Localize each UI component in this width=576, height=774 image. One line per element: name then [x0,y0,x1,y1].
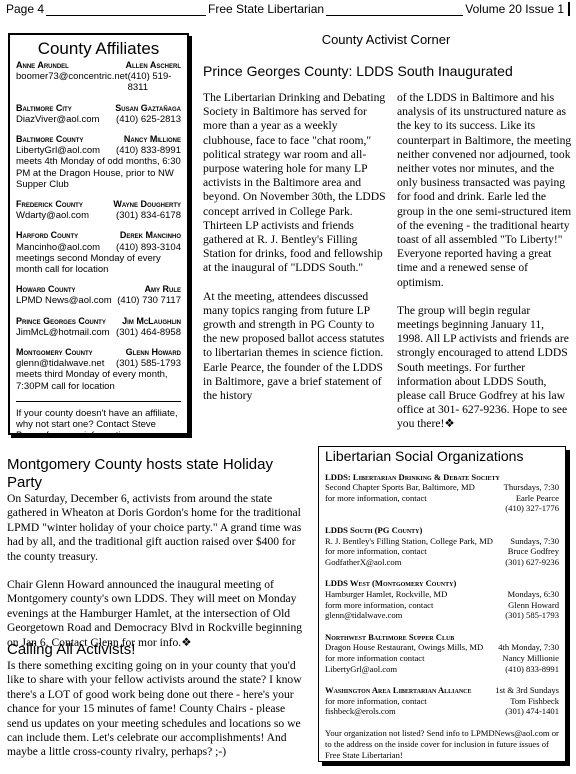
org-schedule: 4th Monday, 7:30 [498,642,559,653]
contact-name: Wayne Dougherty [113,199,181,210]
org-contact-name: Tom Fishbeck [510,696,559,707]
org-contact-name: Glenn Howard [508,600,559,611]
county-name: Baltimore City [16,103,72,114]
article-paragraph: The Libertarian Drinking and Debating So… [203,91,389,276]
contact-name: Nancy Millione [124,134,181,145]
contact-name: Glenn Howard [126,347,181,358]
county-affiliates-box: County Affiliates Anne ArundelAllen Asch… [8,33,189,435]
article-column-1: The Libertarian Drinking and Debating So… [203,91,389,417]
affiliates-footer: If your county doesn't have an affiliate… [16,401,181,442]
county-name: Baltimore County [16,134,83,145]
contact-email: DiazViver@aol.com [16,114,99,125]
contact-phone: (410) 730 7117 [117,295,181,306]
section-kicker: County Activist Corner [196,32,576,47]
social-footer: Your organization not listed? Send info … [325,728,559,761]
contact-name: Susan Gaztañaga [115,103,181,114]
org-phone: (301) 585-1793 [505,610,559,621]
org-entry: LDDS: Libertarian Drinking & Debate Soci… [325,472,559,514]
social-title: Libertarian Social Organizations [325,451,559,462]
county-name: Anne Arundel [16,60,69,71]
article-paragraph: of the LDDS in Baltimore and his analysi… [397,91,572,290]
org-name: LDDS: Libertarian Drinking & Debate Soci… [325,472,559,483]
org-name: LDDS South (PG County) [325,525,559,536]
montgomery-headline: Montgomery County hosts state Holiday Pa… [7,456,307,492]
contact-email: LibertyGrl@aol.com [16,145,100,156]
org-entry: Washington Area Libertarian Alliance1st … [325,685,559,717]
article-paragraph: The group will begin regular meetings be… [397,304,572,432]
article-column-2: of the LDDS in Baltimore and his analysi… [397,91,572,446]
org-contact-label: for more information, contact [325,696,427,707]
affiliate-entry: Baltimore CitySusan GaztañagaDiazViver@a… [16,103,181,125]
article-paragraph: Is there something exciting going on in … [7,659,307,760]
org-schedule: Mondays, 6:30 [507,589,559,600]
social-organizations-box: Libertarian Social Organizations LDDS: L… [318,446,566,762]
org-schedule: Sundays, 7:30 [510,536,559,547]
org-schedule: 1st & 3rd Sundays [495,685,559,696]
org-email: GodfatherX@aol.com [325,557,401,568]
contact-name: Allen Ascherl [126,60,182,71]
article-paragraph: At the meeting, attendees discussed many… [203,290,389,404]
affiliate-entry: Baltimore CountyNancy MillioneLibertyGrl… [16,134,181,190]
county-name: Frederick County [16,199,83,210]
article-paragraph: On Saturday, December 6, activists from … [7,492,307,564]
publication-title: Free State Libertarian [206,2,326,16]
org-contact-label: form more information, contact [325,600,433,611]
affiliate-entry: Harford CountyDerek MancinhoMancinho@aol… [16,230,181,275]
meeting-note: meets third Monday of every month, 7:30P… [16,369,181,391]
contact-phone: (410) 625-2813 [116,114,181,125]
contact-email: LPMD News@aol.com [16,295,112,306]
county-name: Harford County [16,230,78,241]
contact-email: Mancinho@aol.com [16,242,100,253]
org-name: Washington Area Libertarian Alliance [325,685,472,696]
org-location: Dragon House Restaurant, Owings Mills, M… [325,642,483,653]
org-name: Northwest Baltimore Supper Club [325,632,559,643]
org-entry: LDDS West (Montgomery County)Hamburger H… [325,578,559,620]
affiliate-entry: Prince Georges CountyJim McLaughlinJimMc… [16,316,181,338]
article-headline: Prince Georges County: LDDS South Inaugu… [203,63,513,79]
org-location: R. J. Bentley's Filling Station, College… [325,536,493,547]
contact-name: Derek Mancinho [120,230,181,241]
affiliate-entry: Howard CountyAmy RuleLPMD News@aol.com(4… [16,284,181,306]
contact-phone: (301) 585-1793 [116,358,181,369]
org-contact-name: Bruce Godfrey [508,546,559,557]
org-contact-label: for more information, contact [325,546,427,557]
page-number: Page 4 [4,2,46,16]
affiliate-entry: Anne ArundelAllen Ascherlboomer73@concen… [16,60,181,94]
org-phone: (301) 627-9236 [505,557,559,568]
org-entry: Northwest Baltimore Supper ClubDragon Ho… [325,632,559,674]
county-name: Howard County [16,284,76,295]
montgomery-article: Montgomery County hosts state Holiday Pa… [7,456,307,650]
contact-phone: (410) 893-3104 [116,242,181,253]
org-contact-label: for more information, contact [325,493,427,504]
org-schedule: Thursdays, 7:30 [504,482,559,493]
org-entry: LDDS South (PG County)R. J. Bentley's Fi… [325,525,559,567]
org-email: LibertyGrl@aol.com [325,664,397,675]
org-phone: (410) 327-1776 [505,503,559,514]
contact-email: boomer73@concentric.net [16,71,128,93]
org-location: Second Chapter Sports Bar, Baltimore, MD [325,482,475,493]
contact-email: Wdarty@aol.com [16,210,89,221]
contact-name: Jim McLaughlin [122,316,181,327]
contact-phone: (410) 519-8311 [128,71,181,93]
org-phone: (410) 833-8991 [505,664,559,675]
org-email: fishbeck@erols.com [325,706,396,717]
org-contact-name: Nancy Millionie [502,653,559,664]
org-location: Hamburger Hamlet, Rockville, MD [325,589,447,600]
org-phone: (301) 474-1401 [505,706,559,717]
org-name: LDDS West (Montgomery County) [325,578,559,589]
affiliate-entry: Frederick CountyWayne DoughertyWdarty@ao… [16,199,181,221]
contact-email: JimMcL@hotmail.com [16,327,110,338]
affiliate-entry: Montgomery CountyGlenn Howardglenn@tidal… [16,347,181,392]
calling-article: Calling All Activists! Is there somethin… [7,641,307,760]
volume-issue: Volume 20 Issue 1 [463,2,570,16]
meeting-note: meets 4th Monday of odd months, 6:30 PM … [16,156,181,190]
county-name: Prince Georges County [16,316,106,327]
article-paragraph: Chair Glenn Howard announced the inaugur… [7,578,307,650]
contact-email: glenn@tidalwave.net [16,358,104,369]
contact-phone: (301) 464-8958 [116,327,181,338]
contact-phone: (410) 833-8991 [116,145,181,156]
contact-phone: (301) 834-6178 [116,210,181,221]
calling-headline: Calling All Activists! [7,641,307,659]
meeting-note: meetings second Monday of every month ca… [16,253,181,275]
org-contact-name: Earle Pearce [516,493,559,504]
org-contact-label: for more information contact [325,653,425,664]
contact-name: Amy Rule [145,284,182,295]
affiliates-title: County Affiliates [16,39,181,59]
page-header: Page 4 Free State Libertarian Volume 20 … [0,0,576,22]
county-name: Montgomery County [16,347,93,358]
org-email: glenn@tidalwave.com [325,610,402,621]
